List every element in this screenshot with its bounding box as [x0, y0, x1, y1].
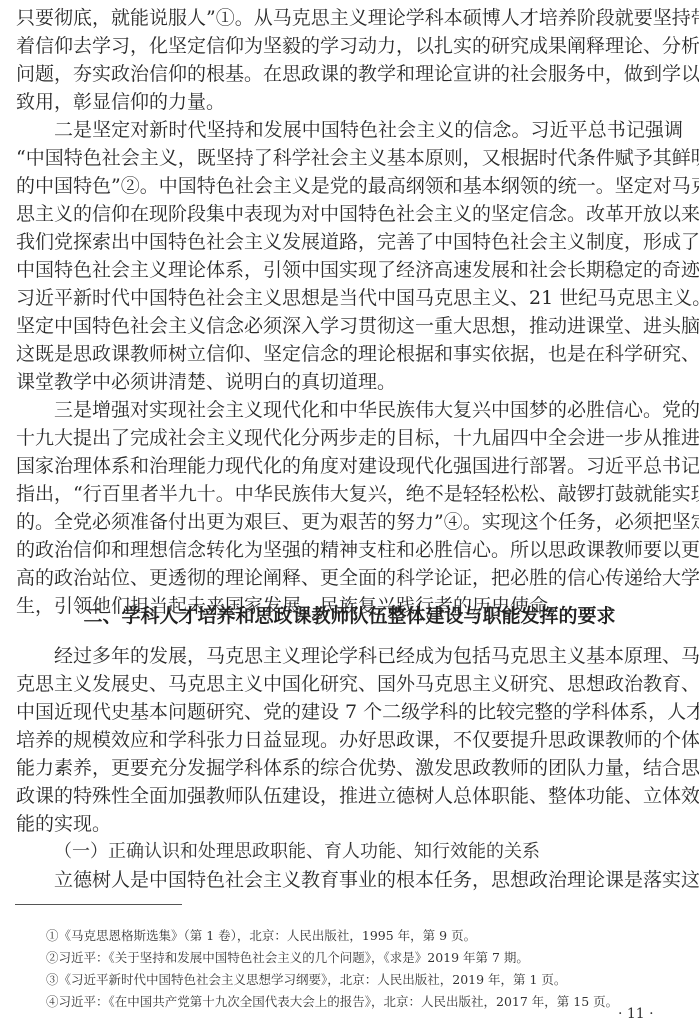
text-line: 我们党探索出中国特色社会主义发展道路，完善了中国特色社会主义制度，形成了	[16, 228, 683, 256]
text-line: 能力素养，更要充分发掘学科体系的综合优势、激发思政教师的团队力量，结合思	[16, 754, 683, 782]
text-line: 中国特色社会主义理论体系，引领中国实现了经济高速发展和社会长期稳定的奇迹。	[16, 256, 683, 284]
text-line: 课堂教学中必须讲清楚、说明白的真切道理。	[16, 368, 683, 396]
text-line: 这既是思政课教师树立信仰、坚定信念的理论根据和事实依据，也是在科学研究、	[16, 340, 683, 368]
text-line: 坚定中国特色社会主义信念必须深入学习贯彻这一重大思想，推动进课堂、进头脑。	[16, 312, 683, 340]
page-number: · 11 ·	[618, 1004, 654, 1024]
text-line: 着信仰去学习，化坚定信仰为坚毅的学习动力，以扎实的研究成果阐释理论、分析	[16, 32, 683, 60]
text-line: 十九大提出了完成社会主义现代化分两步走的目标，十九届四中全会进一步从推进	[16, 424, 683, 452]
text-line: 中国近现代史基本问题研究、党的建设 7 个二级学科的比较完整的学科体系，人才	[16, 698, 683, 726]
footnote-4: ④习近平：《在中国共产党第十九次全国代表大会上的报告》，北京：人民出版社，201…	[46, 992, 618, 1012]
text-line: 二是坚定对新时代坚持和发展中国特色社会主义的信念。习近平总书记强调	[54, 116, 683, 144]
text-line: 问题，夯实政治信仰的根基。在思政课的教学和理论宣讲的社会服务中，做到学以	[16, 60, 683, 88]
text-line: 三是增强对实现社会主义现代化和中华民族伟大复兴中国梦的必胜信心。党的	[54, 396, 683, 424]
text-line: 立德树人是中国特色社会主义教育事业的根本任务，思想政治理论课是落实这	[54, 866, 683, 894]
text-line: 习近平新时代中国特色社会主义思想是当代中国马克思主义、21 世纪马克思主义。③	[16, 284, 683, 312]
text-line: 克思主义发展史、马克思主义中国化研究、国外马克思主义研究、思想政治教育、	[16, 670, 683, 698]
document-page: 只要彻底，就能说服人”①。从马克思主义理论学科本硕博人才培养阶段就要坚持带 着信…	[0, 0, 699, 1027]
subsection-heading: （一）正确认识和处理思政职能、育人功能、知行效能的关系	[54, 838, 540, 866]
text-line: 政课的特殊性全面加强教师队伍建设，推进立德树人总体职能、整体功能、立体效	[16, 782, 683, 810]
text-line: 只要彻底，就能说服人”①。从马克思主义理论学科本硕博人才培养阶段就要坚持带	[16, 4, 683, 32]
footnote-1: ①《马克思恩格斯选集》（第 1 卷），北京：人民出版社，1995 年，第 9 页…	[46, 926, 476, 946]
section-heading: 二、学科人才培养和思政课教师队伍整体建设与职能发挥的要求	[0, 602, 699, 630]
text-line: 国家治理体系和治理能力现代化的角度对建设现代化强国进行部署。习近平总书记	[16, 452, 683, 480]
text-line: 思主义的信仰在现阶段集中表现为对中国特色社会主义的坚定信念。改革开放以来，	[16, 200, 683, 228]
text-line: 培养的规模效应和学科张力日益显现。办好思政课，不仅要提升思政课教师的个体	[16, 726, 683, 754]
text-line: 指出，“行百里者半九十。中华民族伟大复兴，绝不是轻轻松松、敲锣打鼓就能实现	[16, 480, 683, 508]
text-line: 的。全党必须准备付出更为艰巨、更为艰苦的努力”④。实现这个任务，必须把坚定	[16, 508, 683, 536]
text-line: 经过多年的发展，马克思主义理论学科已经成为包括马克思主义基本原理、马	[54, 642, 683, 670]
footnote-3: ③《习近平新时代中国特色社会主义思想学习纲要》，北京：人民出版社，2019 年，…	[46, 970, 566, 990]
text-line: 高的政治站位、更透彻的理论阐释、更全面的科学论证，把必胜的信心传递给大学	[16, 564, 683, 592]
text-line: “中国特色社会主义，既坚持了科学社会主义基本原则，又根据时代条件赋予其鲜明	[16, 144, 683, 172]
text-line: 的中国特色”②。中国特色社会主义是党的最高纲领和基本纲领的统一。坚定对马克	[16, 172, 683, 200]
footnote-separator	[15, 904, 182, 905]
text-line: 能的实现。	[16, 810, 683, 838]
text-line: 的政治信仰和理想信念转化为坚强的精神支柱和必胜信心。所以思政课教师要以更	[16, 536, 683, 564]
text-line: 致用，彰显信仰的力量。	[16, 88, 683, 116]
footnote-2: ②习近平：《关于坚持和发展中国特色社会主义的几个问题》，《求是》2019 年第 …	[46, 948, 529, 968]
